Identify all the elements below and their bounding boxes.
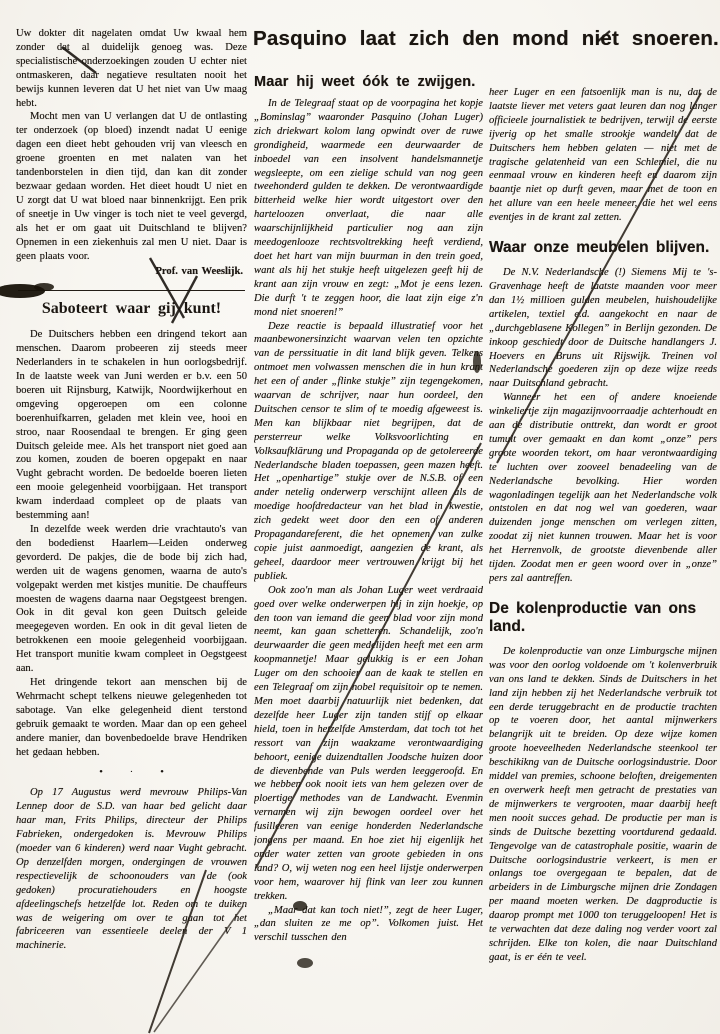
doctor-article-para-1: Uw dokter dit nagelaten omdat Uw kwaal h… [16, 27, 247, 110]
doctor-article-para-2: Mocht men van U verlangen dat U de ontla… [16, 110, 247, 263]
newspaper-page: Pasquino laat zich den mond niet snoeren… [0, 0, 720, 1034]
pasquino-para-4: „Maar dat kan toch niet!”, zegt de heer … [254, 904, 483, 946]
asterism-separator: • · • [16, 766, 247, 778]
sabotage-heading: Saboteert waar gij kunt! [16, 300, 247, 318]
philips-para: Op 17 Augustus werd mevrouw Philips-Van … [16, 786, 247, 953]
pasquino-para-3: Ook zoo'n man als Johan Luger weet verdr… [254, 584, 483, 904]
meubelen-heading: Waar onze meubelen blijven. [489, 239, 717, 257]
right-column: heer Luger en een fatsoenlijk man is nu,… [489, 86, 717, 1022]
pasquino-para-1: In de Telegraaf staat op de voorpagina h… [254, 97, 483, 320]
meubelen-para-2: Wanneer het een of andere knoeiende wink… [489, 391, 717, 586]
pasquino-para-continued: heer Luger en een fatsoenlijk man is nu,… [489, 86, 717, 225]
pasquino-para-2: Deze reactie is bepaald illustratief voo… [254, 320, 483, 584]
meubelen-para-1: De N.V. Nederlandsche (!) Siemens Mij te… [489, 266, 717, 391]
sabotage-para-3: Het dringende tekort aan menschen bij de… [16, 676, 247, 759]
kolen-heading: De kolenproductie van ons land. [489, 600, 717, 636]
doctor-article-signature: Prof. van Weeslijk. [16, 265, 247, 279]
sabotage-para-2: In dezelfde week werden drie vrachtauto'… [16, 523, 247, 676]
left-column: Uw dokter dit nagelaten omdat Uw kwaal h… [16, 27, 247, 1023]
main-headline: Pasquino laat zich den mond niet snoeren… [253, 27, 717, 51]
sabotage-para-1: De Duitschers hebben een dringend tekort… [16, 328, 247, 523]
middle-column: Maar hij weet óók te zwijgen. In de Tele… [254, 74, 483, 1012]
pasquino-subheading: Maar hij weet óók te zwijgen. [254, 74, 483, 90]
kolen-para-1: De kolenproductie van onze Limburgsche m… [489, 645, 717, 965]
section-divider-rule [18, 290, 245, 291]
